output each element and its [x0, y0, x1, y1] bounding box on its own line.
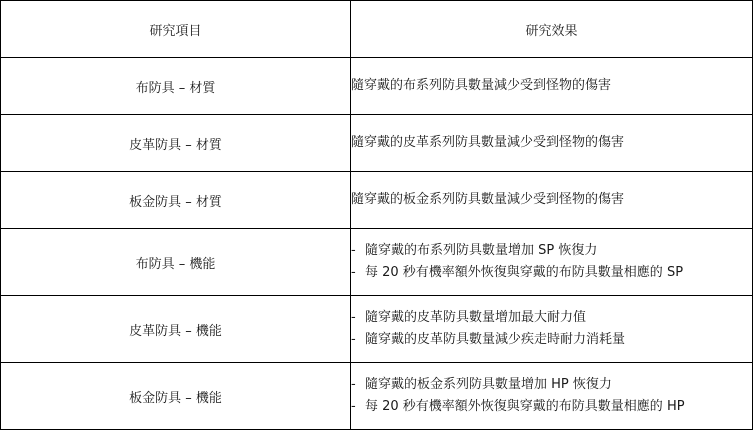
research-item-name: 皮革防具 – 機能 [1, 296, 351, 363]
table-row: 皮革防具 – 機能 -隨穿戴的皮革防具數量增加最大耐力值 -隨穿戴的皮革防具數量… [1, 296, 753, 363]
effect-line: 隨穿戴的皮革系列防具數量減少受到怪物的傷害 [351, 132, 752, 154]
research-effect: -隨穿戴的皮革防具數量增加最大耐力值 -隨穿戴的皮革防具數量減少疾走時耐力消耗量 [351, 296, 753, 363]
header-row: 研究項目 研究效果 [1, 1, 753, 58]
header-research-item: 研究項目 [1, 1, 351, 58]
bullet-dash: - [351, 240, 365, 262]
effect-line: -隨穿戴的皮革防具數量增加最大耐力值 [351, 307, 752, 329]
table-row: 布防具 – 材質 隨穿戴的布系列防具數量減少受到怪物的傷害 [1, 58, 753, 115]
bullet-dash: - [351, 262, 365, 284]
effect-line: 隨穿戴的板金系列防具數量減少受到怪物的傷害 [351, 189, 752, 211]
table-row: 布防具 – 機能 -隨穿戴的布系列防具數量增加 SP 恢復力 -每 20 秒有機… [1, 229, 753, 296]
effect-line: 隨穿戴的布系列防具數量減少受到怪物的傷害 [351, 75, 752, 97]
research-effect: -隨穿戴的板金系列防具數量增加 HP 恢復力 -每 20 秒有機率額外恢復與穿戴… [351, 363, 753, 430]
table-row: 板金防具 – 材質 隨穿戴的板金系列防具數量減少受到怪物的傷害 [1, 172, 753, 229]
effect-line: -每 20 秒有機率額外恢復與穿戴的布防具數量相應的 SP [351, 262, 752, 284]
bullet-dash: - [351, 307, 365, 329]
header-research-effect: 研究效果 [351, 1, 753, 58]
table-row: 板金防具 – 機能 -隨穿戴的板金系列防具數量增加 HP 恢復力 -每 20 秒… [1, 363, 753, 430]
bullet-dash: - [351, 329, 365, 351]
research-effect: 隨穿戴的布系列防具數量減少受到怪物的傷害 [351, 58, 753, 115]
effect-line: -隨穿戴的皮革防具數量減少疾走時耐力消耗量 [351, 329, 752, 351]
research-effect: 隨穿戴的皮革系列防具數量減少受到怪物的傷害 [351, 115, 753, 172]
research-effect: -隨穿戴的布系列防具數量增加 SP 恢復力 -每 20 秒有機率額外恢復與穿戴的… [351, 229, 753, 296]
bullet-dash: - [351, 396, 365, 418]
research-item-name: 板金防具 – 材質 [1, 172, 351, 229]
research-effect: 隨穿戴的板金系列防具數量減少受到怪物的傷害 [351, 172, 753, 229]
research-item-name: 板金防具 – 機能 [1, 363, 351, 430]
research-item-name: 布防具 – 材質 [1, 58, 351, 115]
research-item-name: 皮革防具 – 材質 [1, 115, 351, 172]
table-row: 皮革防具 – 材質 隨穿戴的皮革系列防具數量減少受到怪物的傷害 [1, 115, 753, 172]
bullet-dash: - [351, 374, 365, 396]
effect-line: -隨穿戴的板金系列防具數量增加 HP 恢復力 [351, 374, 752, 396]
effect-line: -隨穿戴的布系列防具數量增加 SP 恢復力 [351, 240, 752, 262]
research-item-name: 布防具 – 機能 [1, 229, 351, 296]
effect-line: -每 20 秒有機率額外恢復與穿戴的布防具數量相應的 HP [351, 396, 752, 418]
research-table: 研究項目 研究效果 布防具 – 材質 隨穿戴的布系列防具數量減少受到怪物的傷害 … [0, 0, 753, 430]
